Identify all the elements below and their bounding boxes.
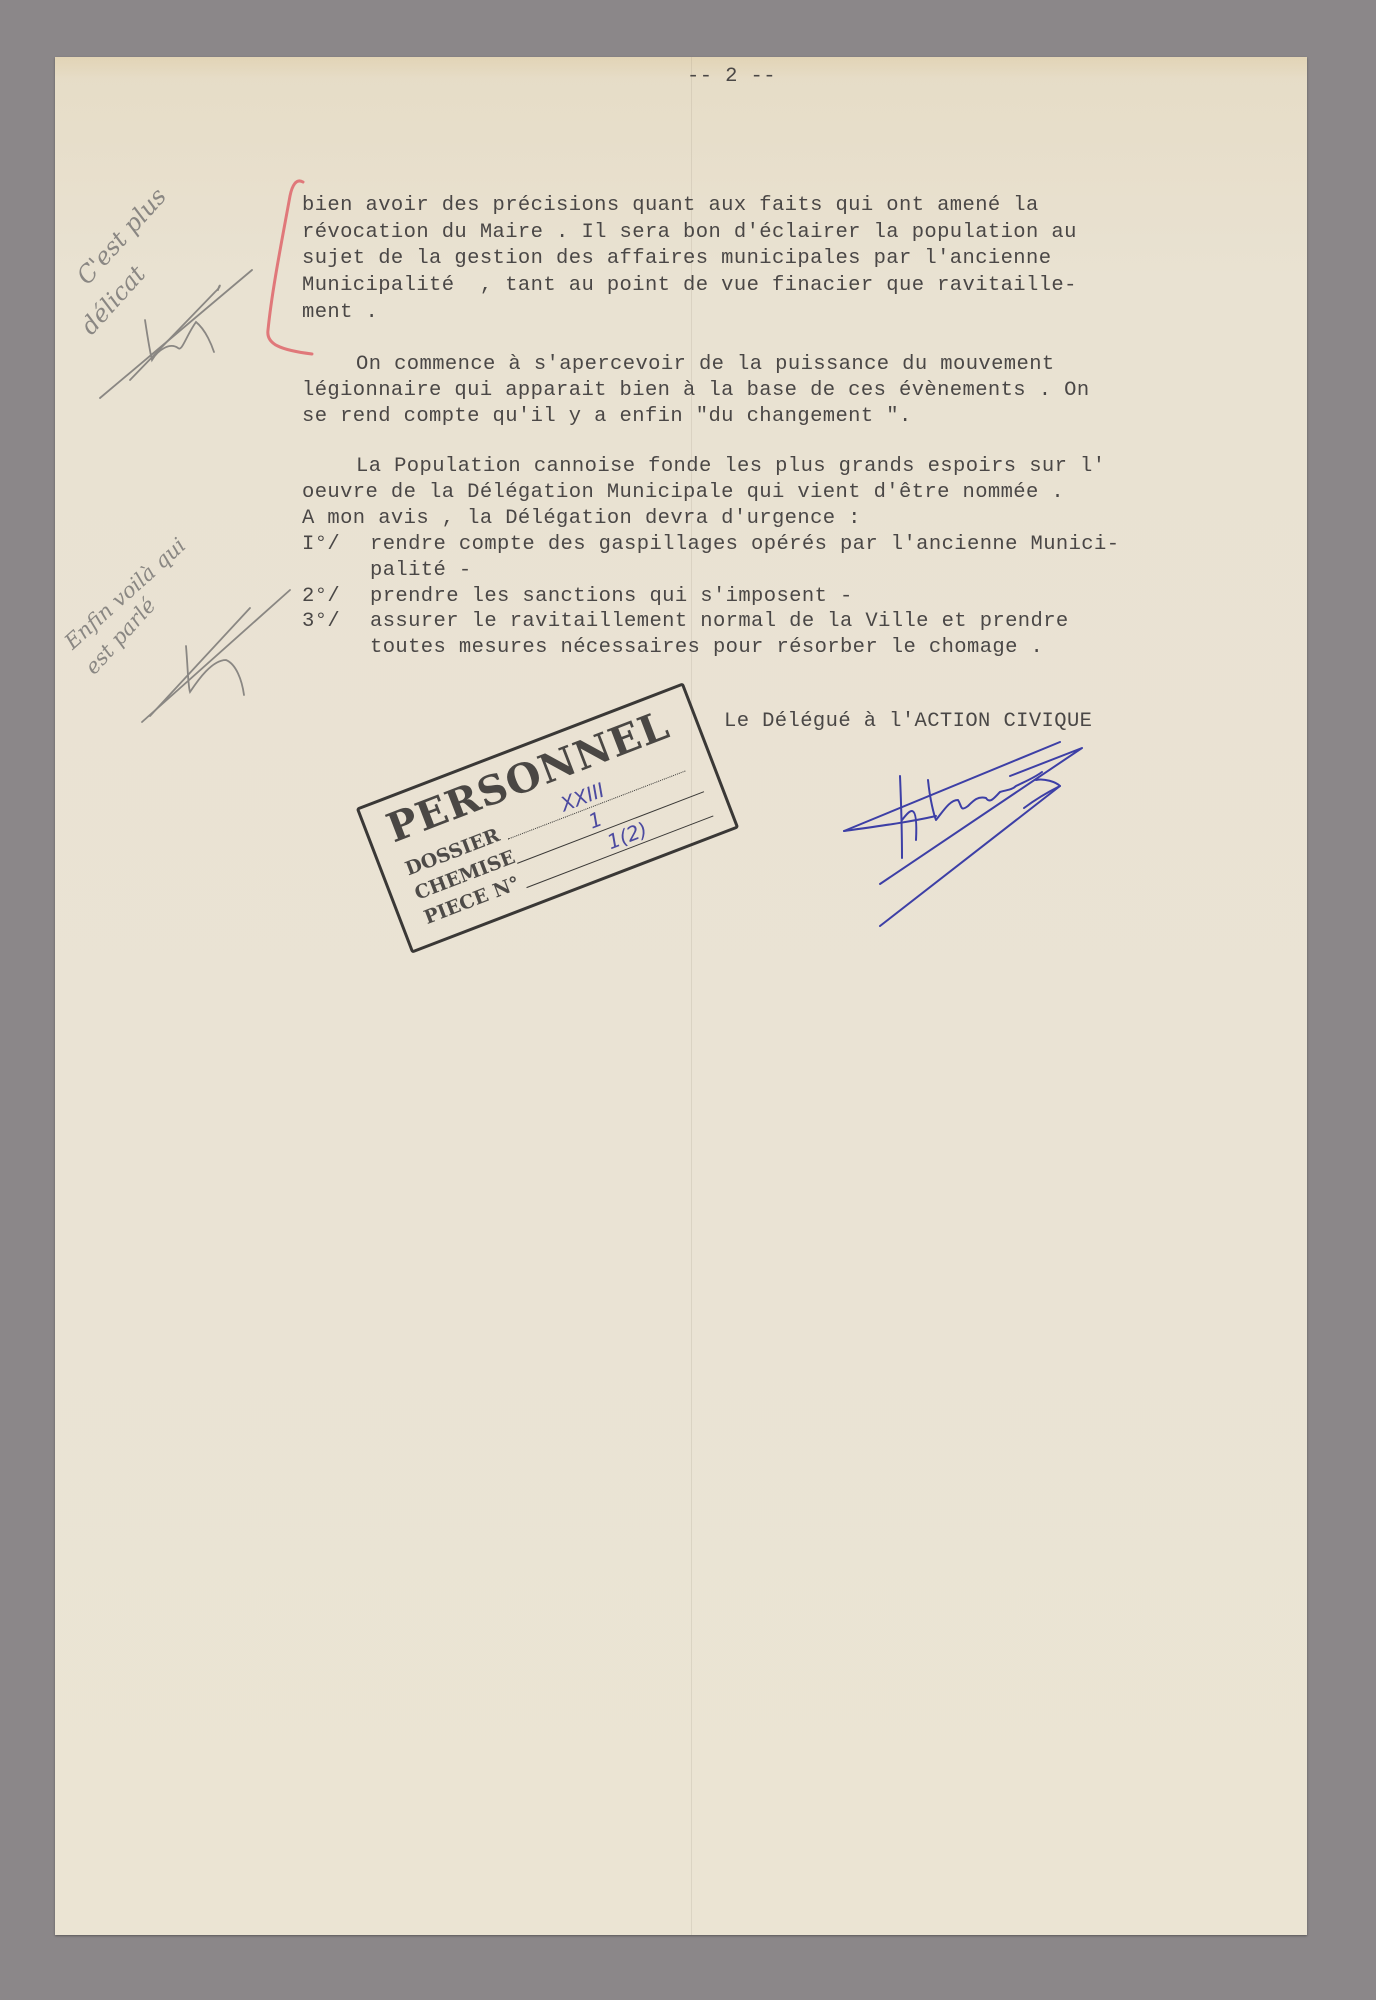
list-item-text: rendre compte des gaspillages opérés par… <box>370 535 1119 556</box>
list-item-number: I°/ <box>302 535 340 556</box>
list-item-text: assurer le ravitaillement normal de la V… <box>370 612 1069 633</box>
stamp-value-chemise: 1 <box>585 807 605 834</box>
list-item-number: 3°/ <box>302 612 340 633</box>
list-item-text: prendre les sanctions qui s'imposent - <box>370 587 853 608</box>
text-line: sujet de la gestion des affaires municip… <box>302 249 1051 270</box>
list-item-text: toutes mesures nécessaires pour résorber… <box>370 638 1043 659</box>
text-line: oeuvre de la Délégation Municipale qui v… <box>302 483 1064 504</box>
text-line: bien avoir des précisions quant aux fait… <box>302 196 1039 217</box>
paper-fold-line <box>691 57 692 1935</box>
text-line: se rend compte qu'il y a enfin "du chang… <box>302 407 912 428</box>
text-line: Municipalité , tant au point de vue fina… <box>302 276 1077 297</box>
text-line: ment . <box>302 303 378 324</box>
text-line: révocation du Maire . Il sera bon d'écla… <box>302 223 1077 244</box>
list-item-text: palité - <box>370 561 472 582</box>
text-line: On commence à s'apercevoir de la puissan… <box>356 355 1055 376</box>
document-page <box>55 57 1307 1935</box>
signoff-title: Le Délégué à l'ACTION CIVIQUE <box>724 712 1092 733</box>
page-number: -- 2 -- <box>687 67 776 88</box>
text-line: légionnaire qui apparait bien à la base … <box>302 381 1090 402</box>
list-item-number: 2°/ <box>302 587 340 608</box>
text-line: A mon avis , la Délégation devra d'urgen… <box>302 509 861 530</box>
text-line: La Population cannoise fonde les plus gr… <box>356 457 1105 478</box>
